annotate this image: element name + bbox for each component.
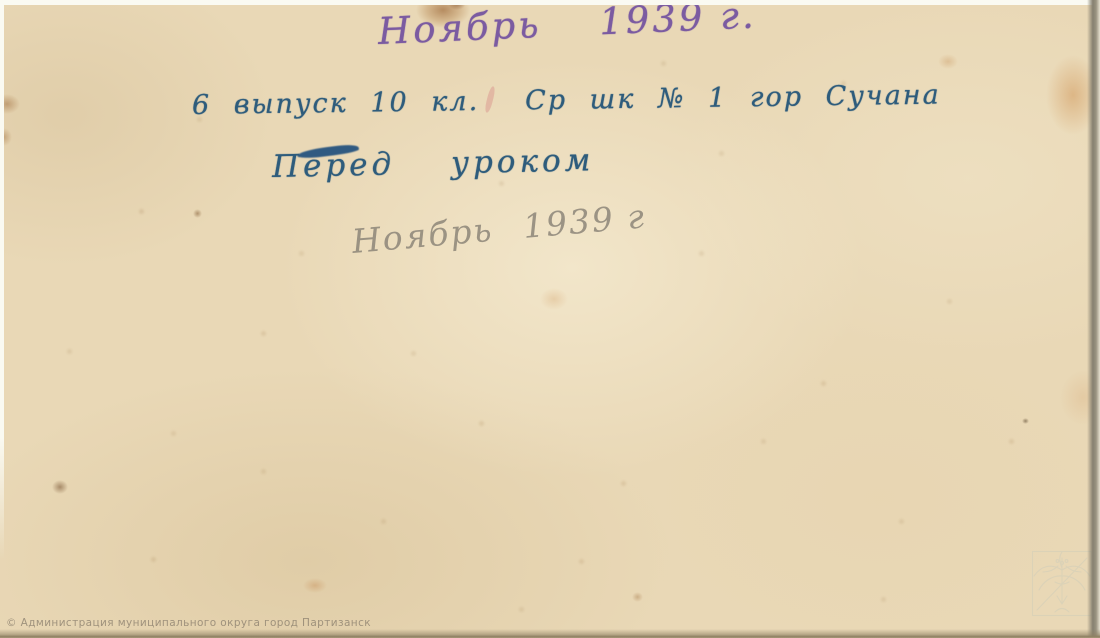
paper-stain [938, 54, 958, 69]
partizansk-emblem-icon [1029, 546, 1095, 622]
inscription-word: 1939 г [521, 196, 647, 246]
inscription-date-pencil: Ноябрь 1939 г [350, 196, 647, 261]
scan-edge-top [0, 0, 1100, 5]
paper-stain [52, 480, 68, 494]
inscription-word: Ноябрь [377, 3, 542, 53]
inscription-date-purple-ink: Ноябрь 1939 г. [377, 0, 757, 53]
inscription-word: Перед уроком [272, 142, 595, 185]
paper-stain [632, 592, 643, 602]
paper-stain [303, 578, 327, 593]
scan-edge-right [1087, 0, 1100, 638]
coat-of-arms-emblem [1029, 546, 1095, 626]
inscription-class-school-line: 6 выпуск 10 кл. Ср шк № 1 гор Сучана [192, 80, 941, 121]
inscription-word: Ноябрь [350, 210, 495, 261]
scan-edge-bottom [0, 629, 1100, 638]
inscription-word: 1939 г. [598, 0, 757, 43]
inscription-word: Ср шк № 1 гор Сучана [525, 80, 941, 117]
copyright-watermark: © Администрация муниципального округа го… [6, 617, 371, 629]
scan-edge-left [0, 0, 4, 560]
paper-stain [540, 288, 568, 310]
paper-stain [193, 209, 202, 218]
paper-stain [1022, 418, 1029, 424]
inscription-word: 6 выпуск 10 кл. [192, 86, 480, 121]
photo-back-scan: Ноябрь 1939 г. 6 выпуск 10 кл. Ср шк № 1… [0, 0, 1100, 638]
inscription-caption-before-lesson: Перед уроком [272, 142, 595, 185]
